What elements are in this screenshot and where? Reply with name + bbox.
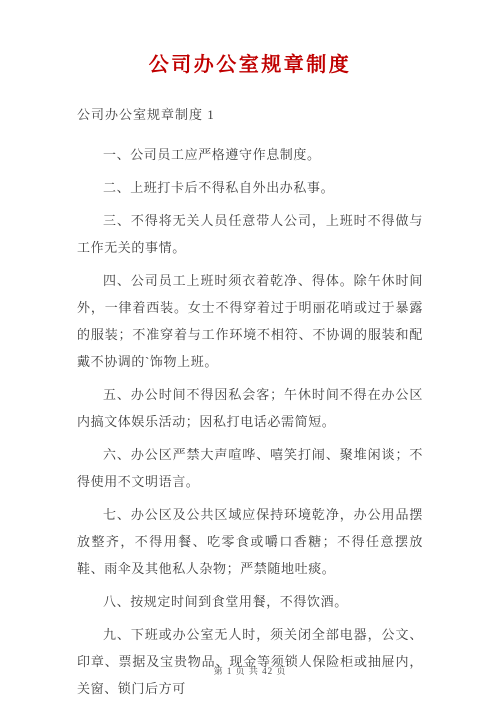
- paragraph-9: 九、下班或办公室无人时，须关闭全部电器，公文、印章、票据及宝贵物品、现金等须锁人…: [77, 621, 423, 702]
- paragraph-8: 八、按规定时间到食堂用餐，不得饮酒。: [77, 588, 423, 615]
- document-page: 公司办公室规章制度 公司办公室规章制度 1 一、公司员工应严格遵守作息制度。 二…: [0, 0, 500, 707]
- paragraph-1: 一、公司员工应严格遵守作息制度。: [77, 141, 423, 168]
- paragraph-3: 三、不得将无关人员任意带人公司，上班时不得做与工作无关的事情。: [77, 207, 423, 261]
- paragraph-5: 五、办公时间不得因私会客；午休时间不得在办公区内搞文体娱乐活动；因私打电话必需简…: [77, 381, 423, 435]
- paragraph-4: 四、公司员工上班时须衣着乾净、得体。除午休时间外，一律着西装。女士不得穿着过于明…: [77, 267, 423, 375]
- page-number-footer: 第 1 页 共 42 页: [0, 664, 500, 677]
- paragraph-6: 六、办公区严禁大声喧哗、嘻笑打闹、聚堆闲谈；不得使用不文明语言。: [77, 441, 423, 495]
- paragraph-7: 七、办公区及公共区域应保持环境乾净，办公用品摆放整齐，不得用餐、吃零食或嚼口香糖…: [77, 501, 423, 582]
- document-title: 公司办公室规章制度: [77, 50, 423, 80]
- document-subtitle: 公司办公室规章制度 1: [77, 102, 423, 128]
- paragraph-2: 二、上班打卡后不得私自外出办私事。: [77, 174, 423, 201]
